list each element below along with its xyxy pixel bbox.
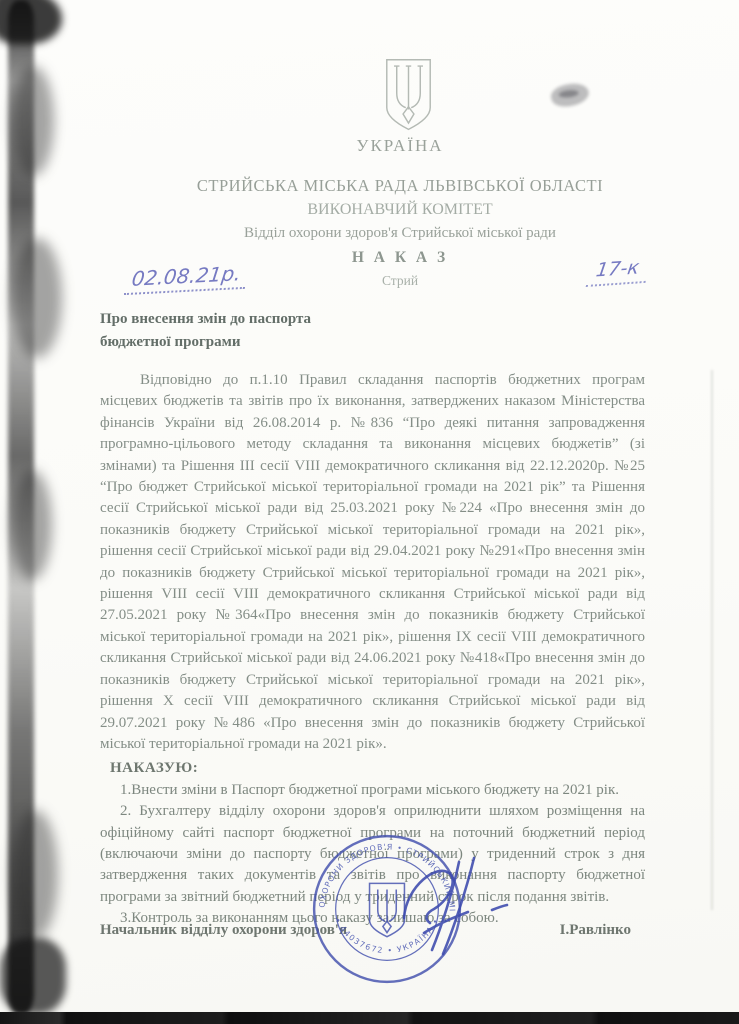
header-committee: ВИКОНАВЧИЙ КОМІТЕТ bbox=[60, 201, 739, 219]
subject-block: Про внесення змін до паспорта бюджетної … bbox=[100, 308, 311, 354]
handwritten-order-number: 17-к bbox=[586, 256, 649, 287]
header-department: Відділ охорони здоров'я Стрийської міськ… bbox=[60, 225, 739, 242]
scan-smudge-blob bbox=[0, 938, 66, 1014]
scanned-document-page: УКРАЇНА СТРИЙСЬКА МІСЬКА РАДА ЛЬВІВСЬКОЇ… bbox=[0, 0, 739, 1024]
header-country: УКРАЇНА bbox=[60, 136, 739, 156]
order-item: 1.Внести зміни в Паспорт бюджетної прогр… bbox=[100, 780, 645, 801]
subject-line: Про внесення змін до паспорта bbox=[100, 308, 311, 331]
scan-smudge-blob bbox=[12, 66, 54, 176]
preamble-paragraph: Відповідно до п.1.10 Правил складання па… bbox=[100, 370, 645, 755]
order-heading: НАКАЗУЮ: bbox=[110, 758, 645, 779]
ukraine-coat-of-arms-icon bbox=[381, 57, 436, 138]
scan-bottom-edge bbox=[0, 1012, 739, 1024]
scan-corner-blot bbox=[0, 0, 62, 44]
signer-name: І.Равлінко bbox=[560, 922, 631, 939]
scan-smudge-blob bbox=[12, 810, 58, 940]
header-council: СТРИЙСЬКА МІСЬКА РАДА ЛЬВІВСЬКОЇ ОБЛАСТІ bbox=[60, 176, 739, 196]
subject-line: бюджетної програми bbox=[100, 331, 311, 354]
scan-gray-blot bbox=[549, 80, 591, 111]
signature-ink bbox=[396, 846, 538, 971]
scan-smudge-blob bbox=[12, 238, 62, 358]
paper-fold-line bbox=[711, 370, 713, 910]
scan-smudge-blob bbox=[12, 470, 52, 580]
